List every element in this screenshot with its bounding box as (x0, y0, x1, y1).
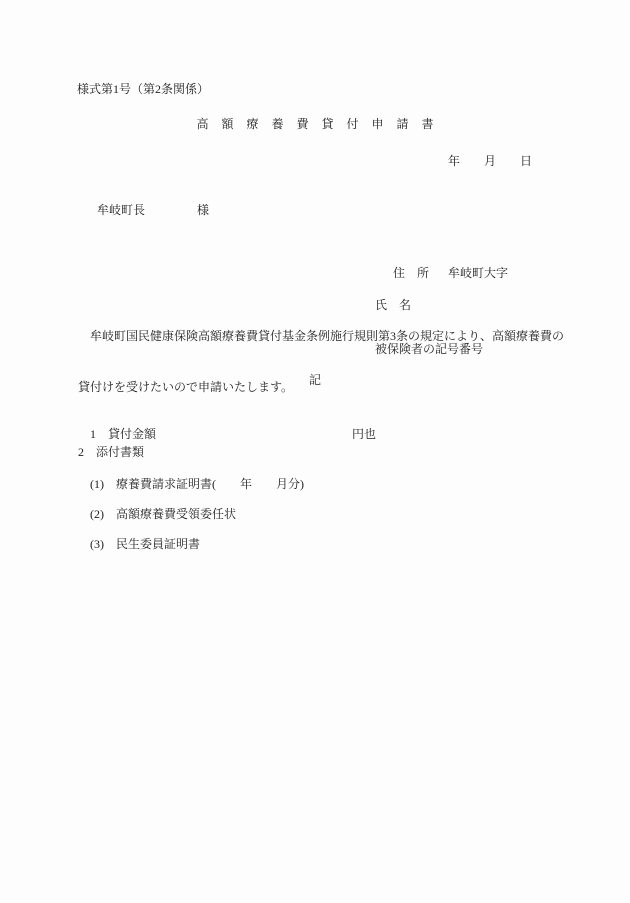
document-title: 高額療養費貸付申請書 (0, 118, 630, 130)
applicant-address-line: 住 所牟岐町大字 (375, 255, 508, 275)
address-value: 牟岐町大字 (448, 266, 508, 280)
document-page: 様式第1号（第2条関係） 高額療養費貸付申請書 年 月 日 牟岐町長様 住 所牟… (0, 0, 630, 903)
attached-document-item-1: (1) 療養費請求証明書( 年 月分) (90, 478, 304, 490)
date-line: 年 月 日 (448, 155, 532, 167)
attached-document-item-2: (2) 高額療養費受領委任状 (90, 508, 236, 520)
form-number: 様式第1号（第2条関係） (77, 83, 209, 95)
addressee-name: 牟岐町長 (97, 203, 145, 217)
yen-unit-label: 円也 (352, 427, 376, 441)
body-paragraph: 牟岐町国民健康保険高額療養費貸付基金条例施行規則第3条の規定により、高額療養費の… (78, 306, 573, 432)
addressee-honorific: 様 (197, 203, 209, 217)
attached-document-item-3: (3) 民生委員証明書 (90, 538, 200, 550)
address-label: 住 所 (393, 266, 429, 280)
attached-documents-heading: 2 添付書類 (78, 446, 144, 458)
addressee-line: 牟岐町長様 (85, 192, 209, 228)
loan-amount-label: 1 貸付金額 (90, 427, 156, 441)
note-heading: 記 (0, 374, 630, 386)
body-line-1: 牟岐町国民健康保険高額療養費貸付基金条例施行規則第3条の規定により、高額療養費の (78, 330, 573, 357)
